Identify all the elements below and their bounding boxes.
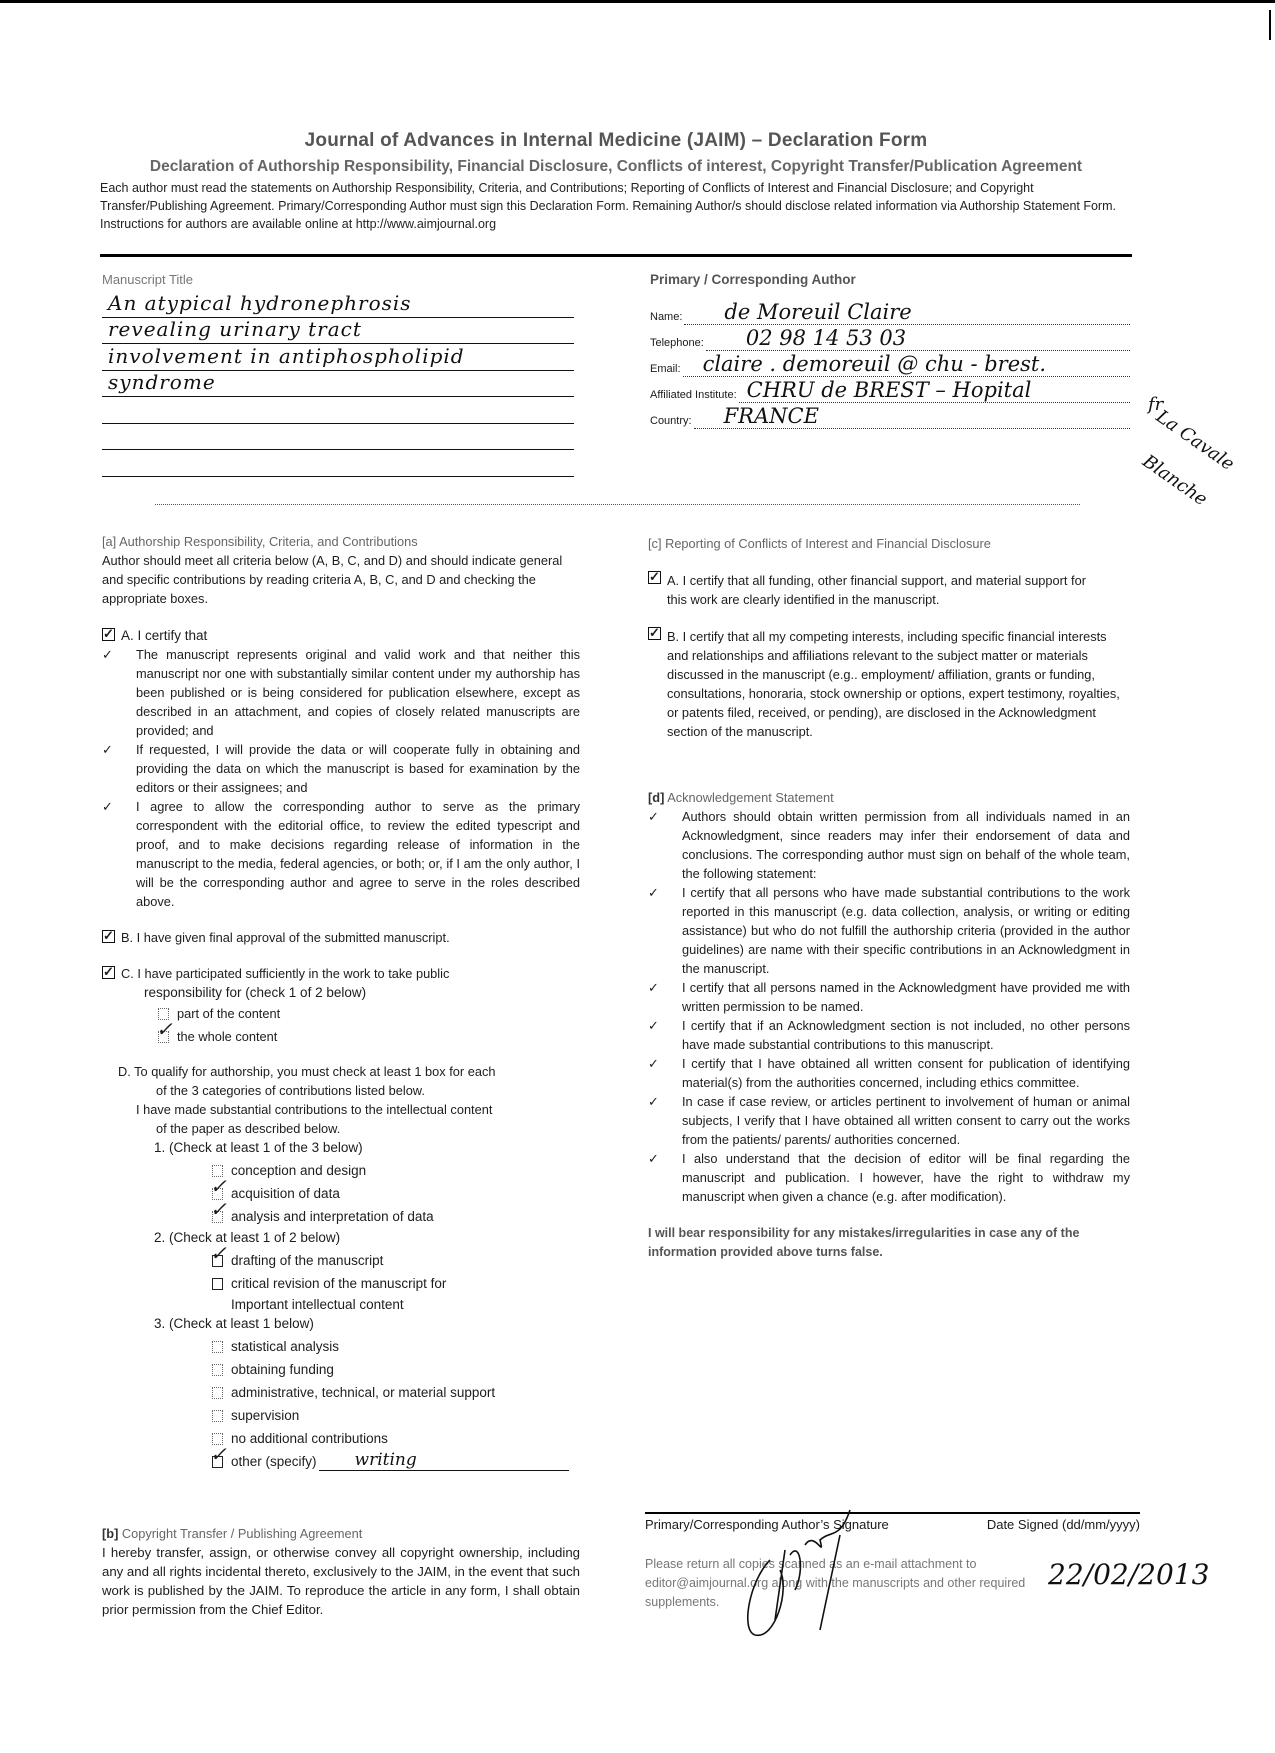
ack-item: ✓I certify that all persons named in the… (648, 978, 1130, 1016)
criterion-a-label: A. I certify that (121, 628, 207, 643)
ack-item: ✓I certify that all persons who have mad… (648, 883, 1130, 978)
ack-item: ✓I also understand that the decision of … (648, 1149, 1130, 1206)
checkbox[interactable] (212, 1410, 223, 1422)
option-analysis-interpretation[interactable]: analysis and interpretation of data (212, 1205, 580, 1228)
checkmark-icon: ✓ (102, 645, 136, 740)
criterion-a-checkbox[interactable] (102, 628, 115, 641)
conflict-item-a: A. I certify that all funding, other fin… (648, 571, 1130, 609)
contribution-group-3: 3. (Check at least 1 below) statistical … (102, 1314, 580, 1473)
checkbox[interactable] (212, 1211, 223, 1223)
checkmark-icon: ✓ (648, 1016, 682, 1054)
author-heading: Primary / Corresponding Author (650, 272, 1130, 287)
conflict-item-b: B. I certify that all my competing inter… (648, 627, 1130, 741)
manuscript-title-line[interactable] (102, 450, 574, 477)
section-divider (155, 504, 1080, 505)
institute-overflow-note: Blanche (1139, 451, 1211, 510)
country-field[interactable]: Country: FRANCE (650, 403, 1130, 429)
responsibility-statement: I will bear responsibility for any mista… (648, 1224, 1130, 1262)
ack-item: ✓In case if case review, or articles per… (648, 1092, 1130, 1149)
checkmark-icon: ✓ (648, 1054, 682, 1092)
manuscript-title-text: syndrome (108, 370, 216, 394)
ack-item: ✓I certify that I have obtained all writ… (648, 1054, 1130, 1092)
criterion-c-label: C. I have participated sufficiently in t… (121, 966, 449, 981)
manuscript-title-label: Manuscript Title (102, 272, 574, 287)
section-c-heading: [c] Reporting of Conflicts of Interest a… (648, 534, 1130, 553)
option-no-additional[interactable]: no additional contributions (212, 1427, 580, 1450)
institute-value: CHRU de BREST – Hopital (747, 378, 1032, 402)
checkmark-icon: ✓ (648, 807, 682, 883)
ack-item: ✓Authors should obtain written permissio… (648, 807, 1130, 883)
name-value: de Moreuil Claire (724, 300, 911, 324)
option-drafting[interactable]: drafting of the manuscript (212, 1249, 580, 1272)
manuscript-title-line[interactable]: revealing urinary tract (102, 318, 574, 345)
option-supervision[interactable]: supervision (212, 1404, 580, 1427)
option-part-of-content[interactable]: part of the content (158, 1002, 580, 1025)
form-title: Journal of Advances in Internal Medicine… (100, 130, 1132, 152)
group-heading: 3. (Check at least 1 below) (154, 1314, 580, 1335)
institute-field[interactable]: Affiliated Institute: CHRU de BREST – Ho… (650, 377, 1130, 403)
criterion-b-checkbox[interactable] (102, 930, 115, 943)
scan-top-edge (0, 0, 1275, 3)
option-critical-revision[interactable]: critical revision of the manuscript for (212, 1272, 580, 1295)
corresponding-author-block: Primary / Corresponding Author Name: de … (650, 272, 1130, 429)
manuscript-title-text: involvement in antiphospholipid (108, 344, 465, 368)
date-label: Date Signed (dd/mm/yyyy) (987, 1517, 1140, 1532)
checkbox[interactable] (212, 1341, 223, 1353)
option-other[interactable]: other (specify) writing (212, 1450, 580, 1473)
checkbox[interactable] (212, 1278, 223, 1290)
date-signed-value: 22/02/2013 (1048, 1558, 1209, 1591)
checkmark-icon: ✓ (102, 797, 136, 911)
criterion-c: C. I have participated sufficiently in t… (102, 964, 580, 983)
header-divider (100, 254, 1132, 257)
telephone-value: 02 98 14 53 03 (746, 326, 906, 350)
section-b-heading: [b] Copyright Transfer / Publishing Agre… (102, 1524, 580, 1543)
contribution-group-1: 1. (Check at least 1 of the 3 below) con… (102, 1138, 580, 1228)
other-specify-input[interactable]: writing (319, 1452, 569, 1471)
group-heading: 1. (Check at least 1 of the 3 below) (154, 1138, 580, 1159)
option-statistical-analysis[interactable]: statistical analysis (212, 1335, 580, 1358)
option-label-cont: Important intellectual content (212, 1295, 580, 1314)
checkmark-icon: ✓ (648, 1149, 682, 1206)
criterion-a-item: ✓The manuscript represents original and … (102, 645, 580, 740)
conflict-b-checkbox[interactable] (648, 627, 661, 640)
criterion-d: D. To qualify for authorship, you must c… (102, 1062, 580, 1138)
checkmark-icon: ✓ (648, 978, 682, 1016)
option-acquisition-data[interactable]: acquisition of data (212, 1182, 580, 1205)
manuscript-title-text: revealing urinary tract (108, 317, 362, 341)
section-a-intro: Author should meet all criteria below (A… (102, 551, 580, 608)
criterion-a-item: ✓I agree to allow the corresponding auth… (102, 797, 580, 911)
country-value: FRANCE (724, 404, 819, 428)
criterion-d-label-cont: of the paper as described below. (118, 1119, 580, 1138)
checkbox[interactable] (212, 1255, 223, 1267)
scan-right-edge (1269, 10, 1271, 40)
criterion-d-label: D. To qualify for authorship, you must c… (118, 1062, 580, 1081)
country-label: Country: (650, 415, 692, 429)
section-c: [c] Reporting of Conflicts of Interest a… (648, 534, 1130, 741)
option-obtaining-funding[interactable]: obtaining funding (212, 1358, 580, 1381)
manuscript-title-block: Manuscript Title An atypical hydronephro… (102, 272, 574, 477)
criterion-d-label-cont: I have made substantial contributions to… (118, 1100, 580, 1119)
option-admin-support[interactable]: administrative, technical, or material s… (212, 1381, 580, 1404)
section-b: [b] Copyright Transfer / Publishing Agre… (102, 1524, 580, 1619)
checkmark-icon: ✓ (648, 1092, 682, 1149)
criterion-c-checkbox[interactable] (102, 966, 115, 979)
email-field[interactable]: Email: claire . demoreuil @ chu - brest. (650, 351, 1130, 377)
manuscript-title-line[interactable]: involvement in antiphospholipid (102, 344, 574, 371)
option-conception-design[interactable]: conception and design (212, 1159, 580, 1182)
option-whole-content[interactable]: the whole content (158, 1025, 580, 1048)
checkmark-icon: ✓ (102, 740, 136, 797)
criterion-a-item: ✓If requested, I will provide the data o… (102, 740, 580, 797)
telephone-label: Telephone: (650, 337, 704, 351)
form-header: Journal of Advances in Internal Medicine… (100, 130, 1132, 233)
form-intro: Each author must read the statements on … (100, 179, 1132, 233)
criterion-a: A. I certify that (102, 626, 580, 645)
contribution-group-2: 2. (Check at least 1 of 2 below) draftin… (102, 1228, 580, 1314)
telephone-field[interactable]: Telephone: 02 98 14 53 03 (650, 325, 1130, 351)
manuscript-title-line[interactable] (102, 397, 574, 424)
email-label: Email: (650, 363, 681, 377)
criterion-b: B. I have given final approval of the su… (102, 928, 580, 947)
name-label: Name: (650, 311, 682, 325)
manuscript-title-text: An atypical hydronephrosis (108, 291, 412, 315)
email-value: claire . demoreuil @ chu - brest. (703, 352, 1046, 376)
other-specify-value: writing (355, 1451, 417, 1470)
checkbox[interactable] (212, 1364, 223, 1376)
checkbox[interactable] (212, 1456, 223, 1468)
checkbox[interactable] (158, 1031, 169, 1043)
institute-label: Affiliated Institute: (650, 389, 737, 403)
form-subtitle: Declaration of Authorship Responsibility… (100, 158, 1132, 176)
name-field[interactable]: Name: de Moreuil Claire (650, 299, 1130, 325)
section-a-heading: [a] Authorship Responsibility, Criteria,… (102, 532, 580, 551)
section-a: [a] Authorship Responsibility, Criteria,… (102, 532, 580, 1473)
manuscript-title-line[interactable]: syndrome (102, 371, 574, 398)
checkmark-icon: ✓ (648, 883, 682, 978)
manuscript-title-line[interactable] (102, 424, 574, 451)
conflict-a-checkbox[interactable] (648, 571, 661, 584)
section-d-heading: [d] Acknowledgement Statement (648, 788, 1130, 807)
signature-labels: Primary/Corresponding Author’s Signature… (645, 1517, 1140, 1532)
manuscript-title-line[interactable]: An atypical hydronephrosis (102, 291, 574, 318)
ack-item: ✓I certify that if an Acknowledgment sec… (648, 1016, 1130, 1054)
criterion-b-label: B. I have given final approval of the su… (121, 930, 450, 945)
checkbox[interactable] (212, 1387, 223, 1399)
handwritten-signature (730, 1500, 870, 1640)
section-b-text: I hereby transfer, assign, or otherwise … (102, 1543, 580, 1619)
signature-line[interactable] (645, 1512, 1140, 1514)
section-d: [d] Acknowledgement Statement ✓Authors s… (648, 788, 1130, 1262)
criterion-d-label-cont: of the 3 categories of contributions lis… (118, 1081, 580, 1100)
criterion-c-label-cont: responsibility for (check 1 of 2 below) (102, 983, 580, 1002)
